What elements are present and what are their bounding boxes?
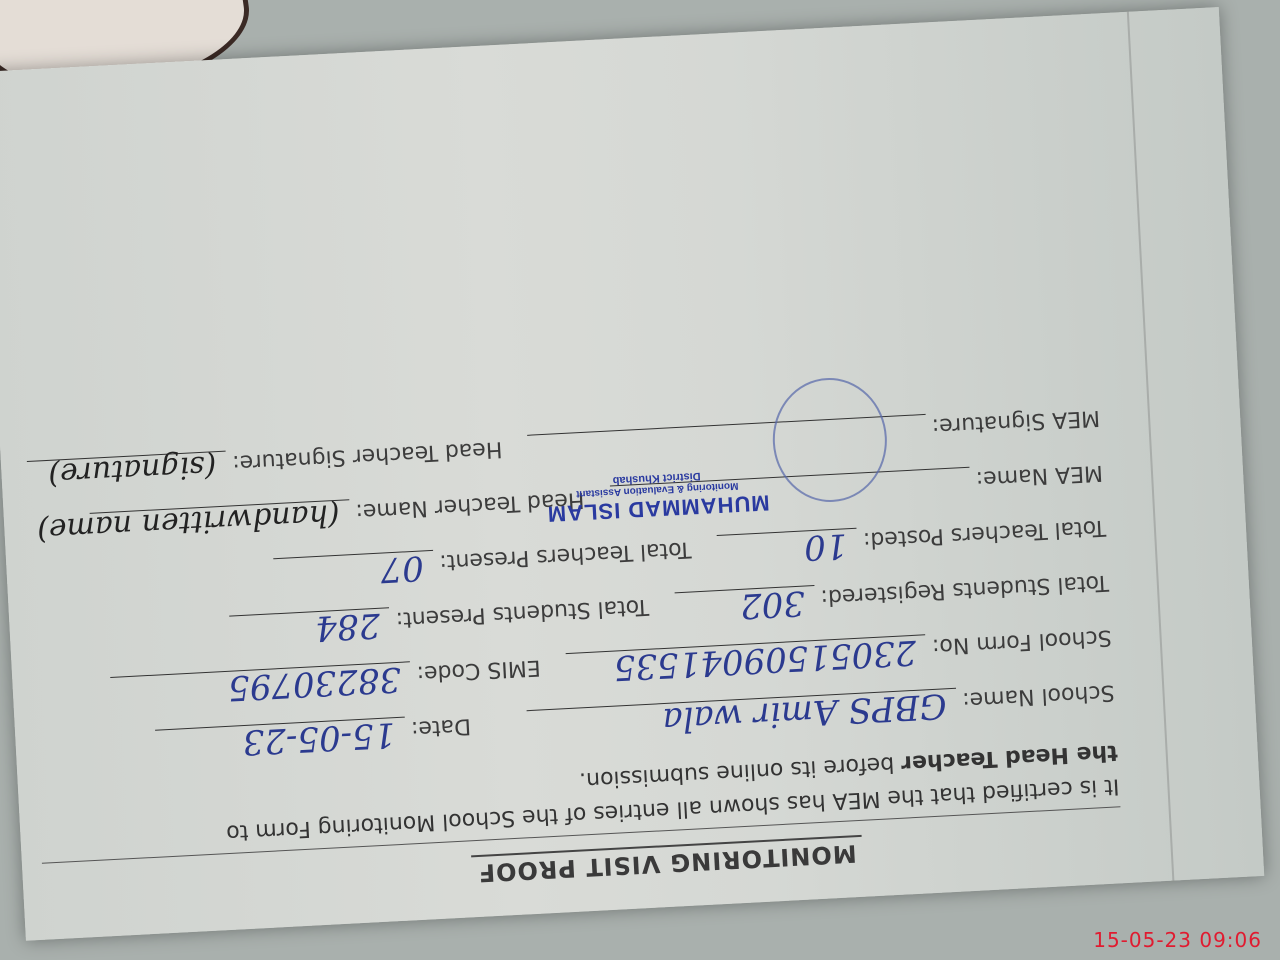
mea-signature-label: MEA Signature: — [931, 405, 1101, 439]
students-present-label: Total Students Present: — [395, 594, 649, 632]
teachers-posted-value: 10 — [803, 525, 848, 567]
mea-name-label: MEA Name: — [975, 460, 1103, 492]
school-form-no-label: School Form No: — [931, 625, 1112, 659]
students-registered-value: 302 — [739, 583, 806, 626]
form-paper: MONITORING VISIT PROOF It is certified t… — [0, 7, 1264, 941]
camera-timestamp: 15-05-23 09:06 — [1093, 928, 1262, 952]
students-present-value: 284 — [314, 605, 381, 648]
date-label: Date: — [410, 713, 471, 741]
mea-stamp: MUHAMMAD ISLAM Monitoring & Evaluation A… — [545, 466, 770, 527]
head-teacher-name-field[interactable]: (handwritten name) — [89, 499, 350, 546]
date-value: 15-05-23 — [242, 714, 397, 762]
head-teacher-signature-label: Head Teacher Signature: — [232, 436, 503, 475]
students-registered-label: Total Students Registered: — [820, 570, 1109, 610]
form-content: MONITORING VISIT PROOF It is certified t… — [21, 405, 1123, 910]
school-name-field[interactable]: GBPS Amir wala — [526, 688, 957, 743]
school-form-no-field[interactable]: 23051509041535 — [566, 634, 927, 686]
school-name-value: GBPS Amir wala — [661, 685, 947, 740]
head-teacher-signature-field[interactable]: (signature) — [27, 451, 227, 494]
emis-code-value: 38230795 — [227, 659, 402, 708]
students-present-field[interactable]: 284 — [229, 607, 391, 648]
teachers-posted-label: Total Teachers Posted: — [862, 515, 1106, 553]
form-title: MONITORING VISIT PROOF — [471, 835, 863, 887]
school-name-label: School Name: — [962, 679, 1115, 712]
date-field[interactable]: 15-05-23 — [155, 717, 406, 763]
head-teacher-name-value: (handwritten name) — [36, 497, 340, 548]
emis-code-field[interactable]: 38230795 — [110, 661, 411, 710]
school-form-no-value: 23051509041535 — [613, 632, 918, 688]
head-teacher-signature-value: (signature) — [47, 448, 217, 492]
teachers-present-field[interactable]: 07 — [273, 550, 435, 591]
mea-signature-field[interactable]: MUHAMMAD ISLAM Monitoring & Evaluation A… — [528, 414, 927, 468]
teachers-posted-field[interactable]: 10 — [717, 528, 859, 568]
teachers-present-label: Total Teachers Present: — [439, 536, 692, 574]
emis-code-label: EMIS Code: — [416, 654, 541, 685]
photo-scene: MONITORING VISIT PROOF It is certified t… — [0, 0, 1280, 960]
students-registered-field[interactable]: 302 — [674, 585, 816, 625]
teachers-present-value: 07 — [379, 547, 424, 589]
